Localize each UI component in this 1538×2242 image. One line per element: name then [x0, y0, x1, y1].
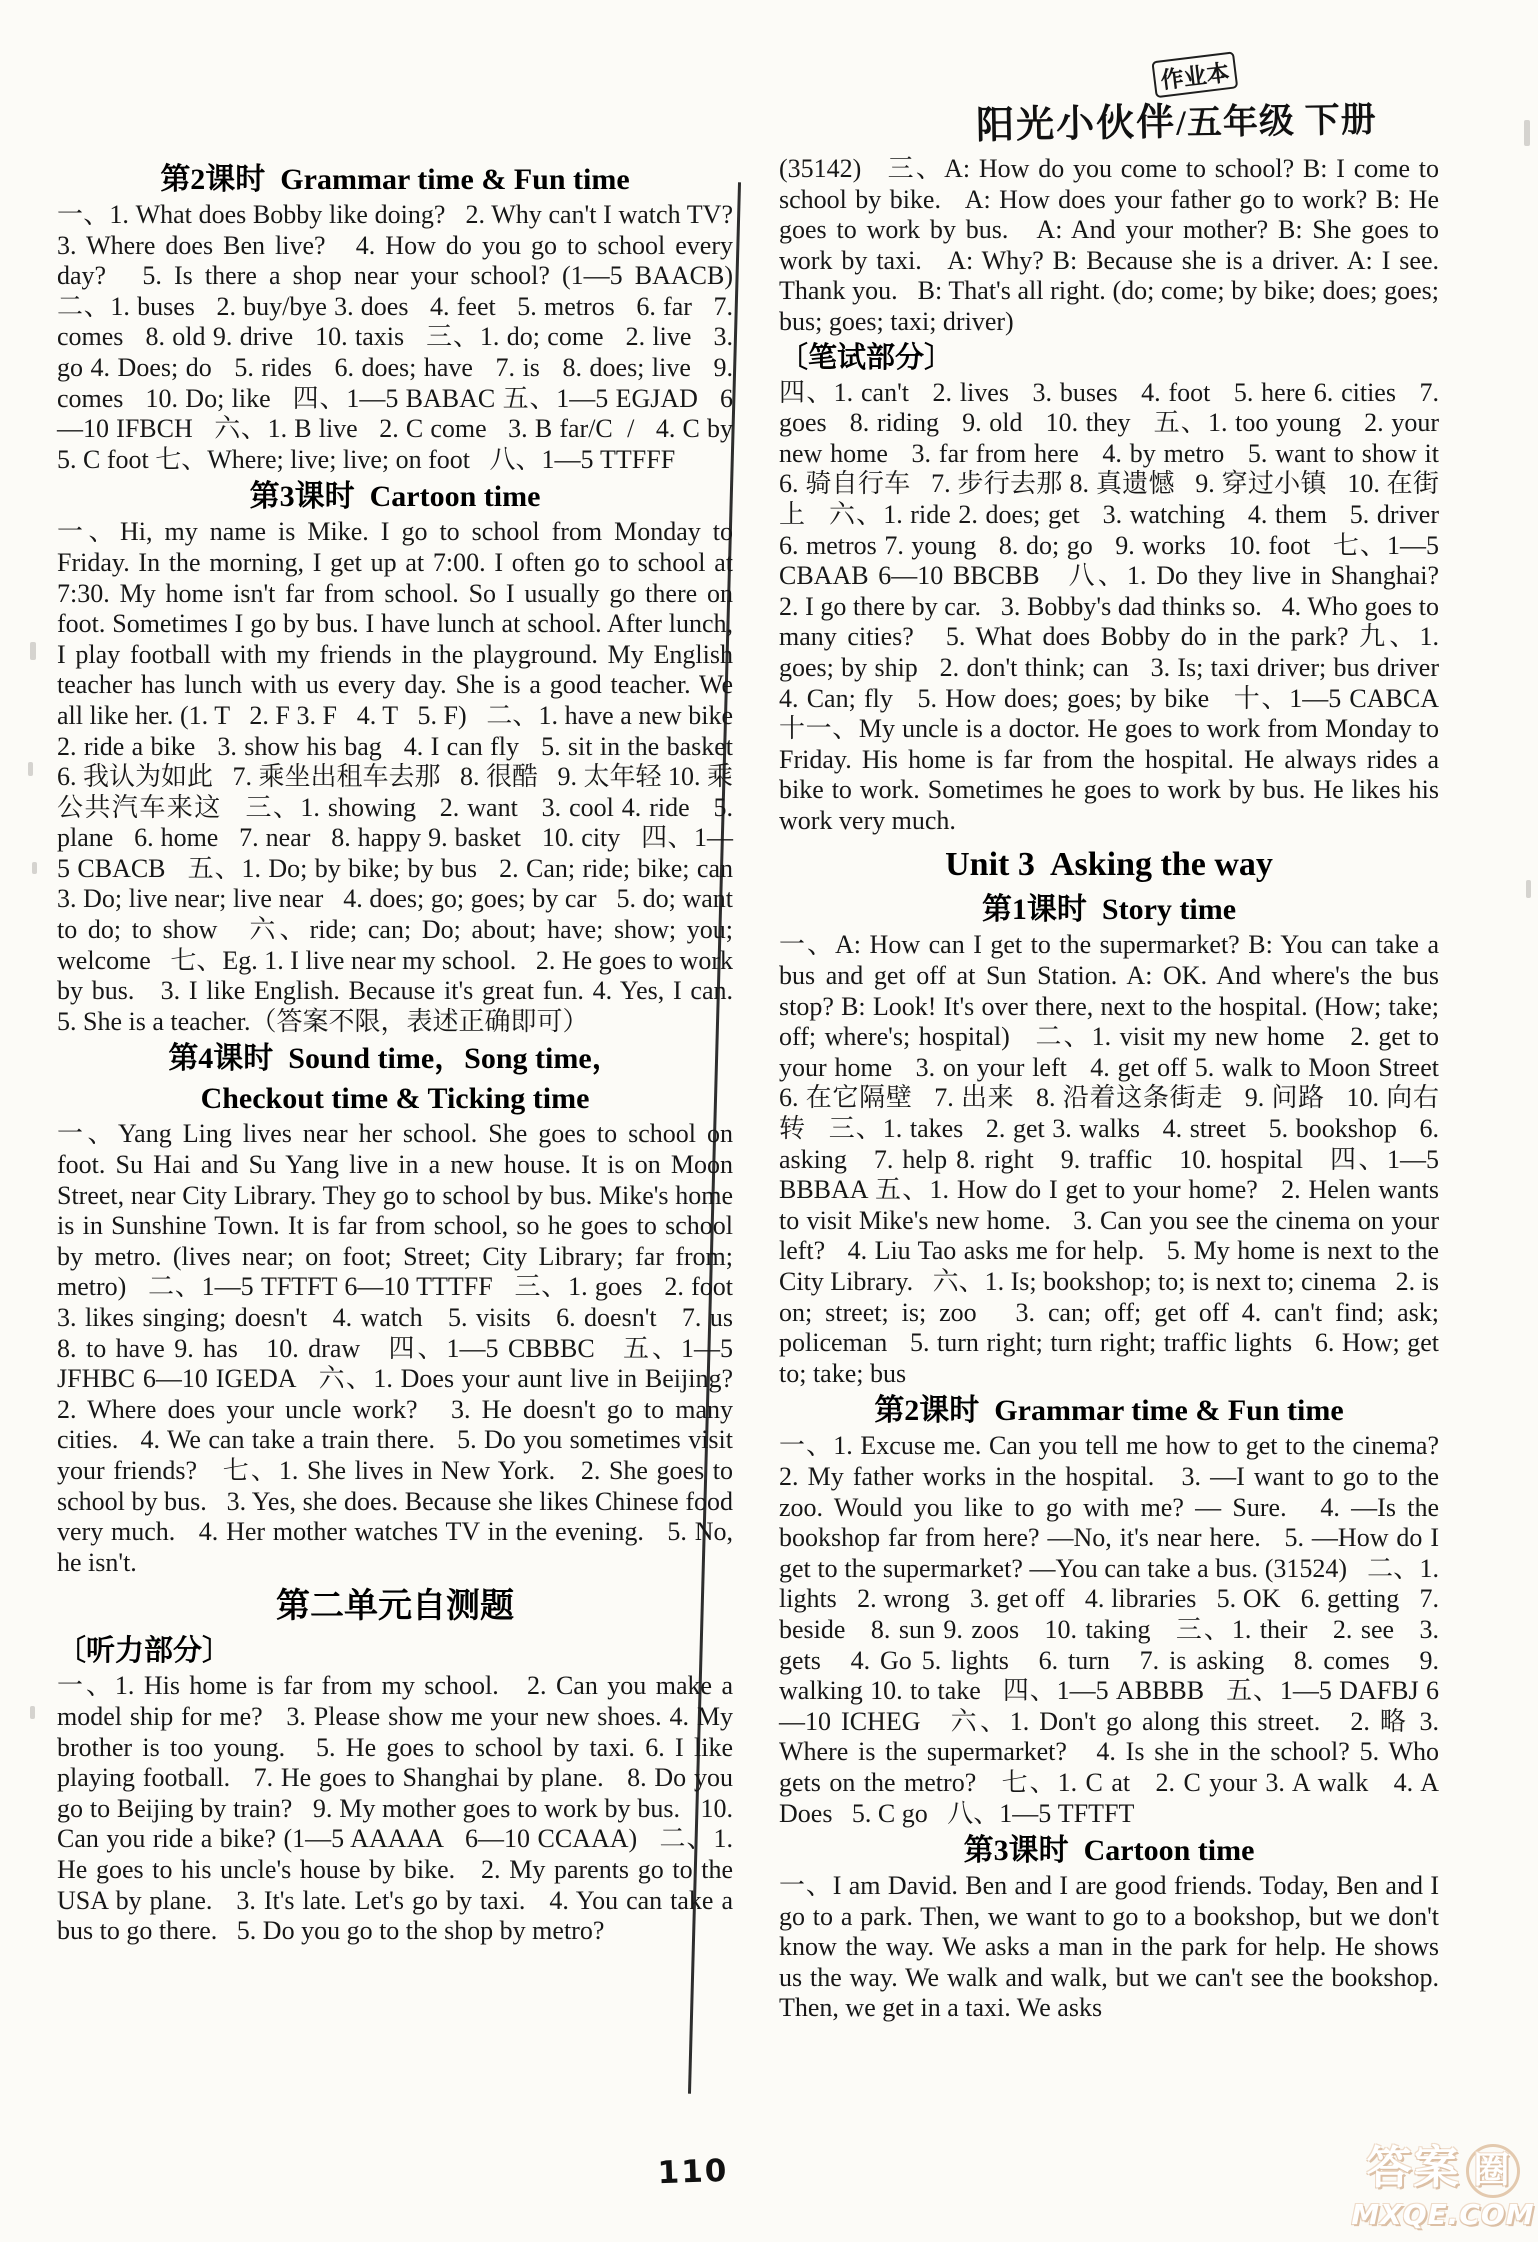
answer-text: 一、1. What does Bobby like doing? 2. Why …: [57, 200, 733, 475]
answer-text: 一、Hi, my name is Mike. I go to school fr…: [57, 517, 733, 1037]
book-title-line: 阳光小伙伴/五年级 下册: [976, 87, 1377, 149]
scan-artifact: [1524, 120, 1530, 146]
lesson-heading-cont: Checkout time & Ticking time: [57, 1080, 733, 1117]
lesson-heading: 第2课时 Grammar time & Fun time: [57, 161, 733, 198]
watermark-title: 答案圈: [1348, 2140, 1538, 2198]
lesson-heading: 第2课时 Grammar time & Fun time: [779, 1392, 1439, 1429]
unit-test-heading: 第二单元自测题: [57, 1584, 733, 1629]
book-title: 阳光小伙伴: [976, 102, 1177, 147]
scan-artifact: [30, 1706, 35, 1719]
lesson-heading: 第1课时 Story time: [779, 891, 1439, 928]
watermark-site: MXQE.COM: [1348, 2198, 1538, 2231]
unit-heading: Unit 3 Asking the way: [779, 842, 1439, 887]
part-heading-listening: 〔听力部分〕: [57, 1633, 733, 1669]
page-number: 110: [647, 2152, 738, 2191]
scanned-answer-page: 作业本 阳光小伙伴/五年级 下册 第2课时 Grammar time & Fun…: [0, 0, 1538, 2242]
answer-text: 一、1. Excuse me. Can you tell me how to g…: [779, 1431, 1439, 1829]
watermark-title-text: 答案: [1366, 2141, 1460, 2194]
lesson-heading: 第3课时 Cartoon time: [57, 478, 733, 515]
scan-artifact: [32, 862, 37, 874]
left-column: 第2课时 Grammar time & Fun time 一、1. What d…: [57, 158, 733, 1947]
scan-artifact: [30, 642, 36, 660]
answer-text: 一、Yang Ling lives near her school. She g…: [57, 1119, 733, 1578]
book-header: 作业本 阳光小伙伴/五年级 下册: [975, 52, 1445, 60]
right-column: (35142) 三、A: How do you come to school? …: [779, 154, 1439, 2024]
book-subtitle: /五年级 下册: [1176, 100, 1377, 142]
part-heading-written: 〔笔试部分〕: [779, 340, 1439, 376]
lesson-heading: 第4课时 Sound time，Song time，: [57, 1040, 733, 1077]
answer-text: (35142) 三、A: How do you come to school? …: [779, 154, 1439, 338]
watermark-circle-icon: 圈: [1466, 2144, 1520, 2198]
watermark-logo: 答案圈 MXQE.COM: [1348, 2140, 1538, 2231]
scan-artifact: [1526, 880, 1531, 898]
answer-text: 一、1. His home is far from my school. 2. …: [57, 1671, 733, 1946]
scan-artifact: [28, 762, 33, 776]
answer-text: 一、A: How can I get to the supermarket? B…: [779, 930, 1439, 1389]
answer-text: 一、I am David. Ben and I are good friends…: [779, 1871, 1439, 2024]
lesson-heading: 第3课时 Cartoon time: [779, 1832, 1439, 1869]
answer-text: 四、1. can't 2. lives 3. buses 4. foot 5. …: [779, 378, 1439, 837]
